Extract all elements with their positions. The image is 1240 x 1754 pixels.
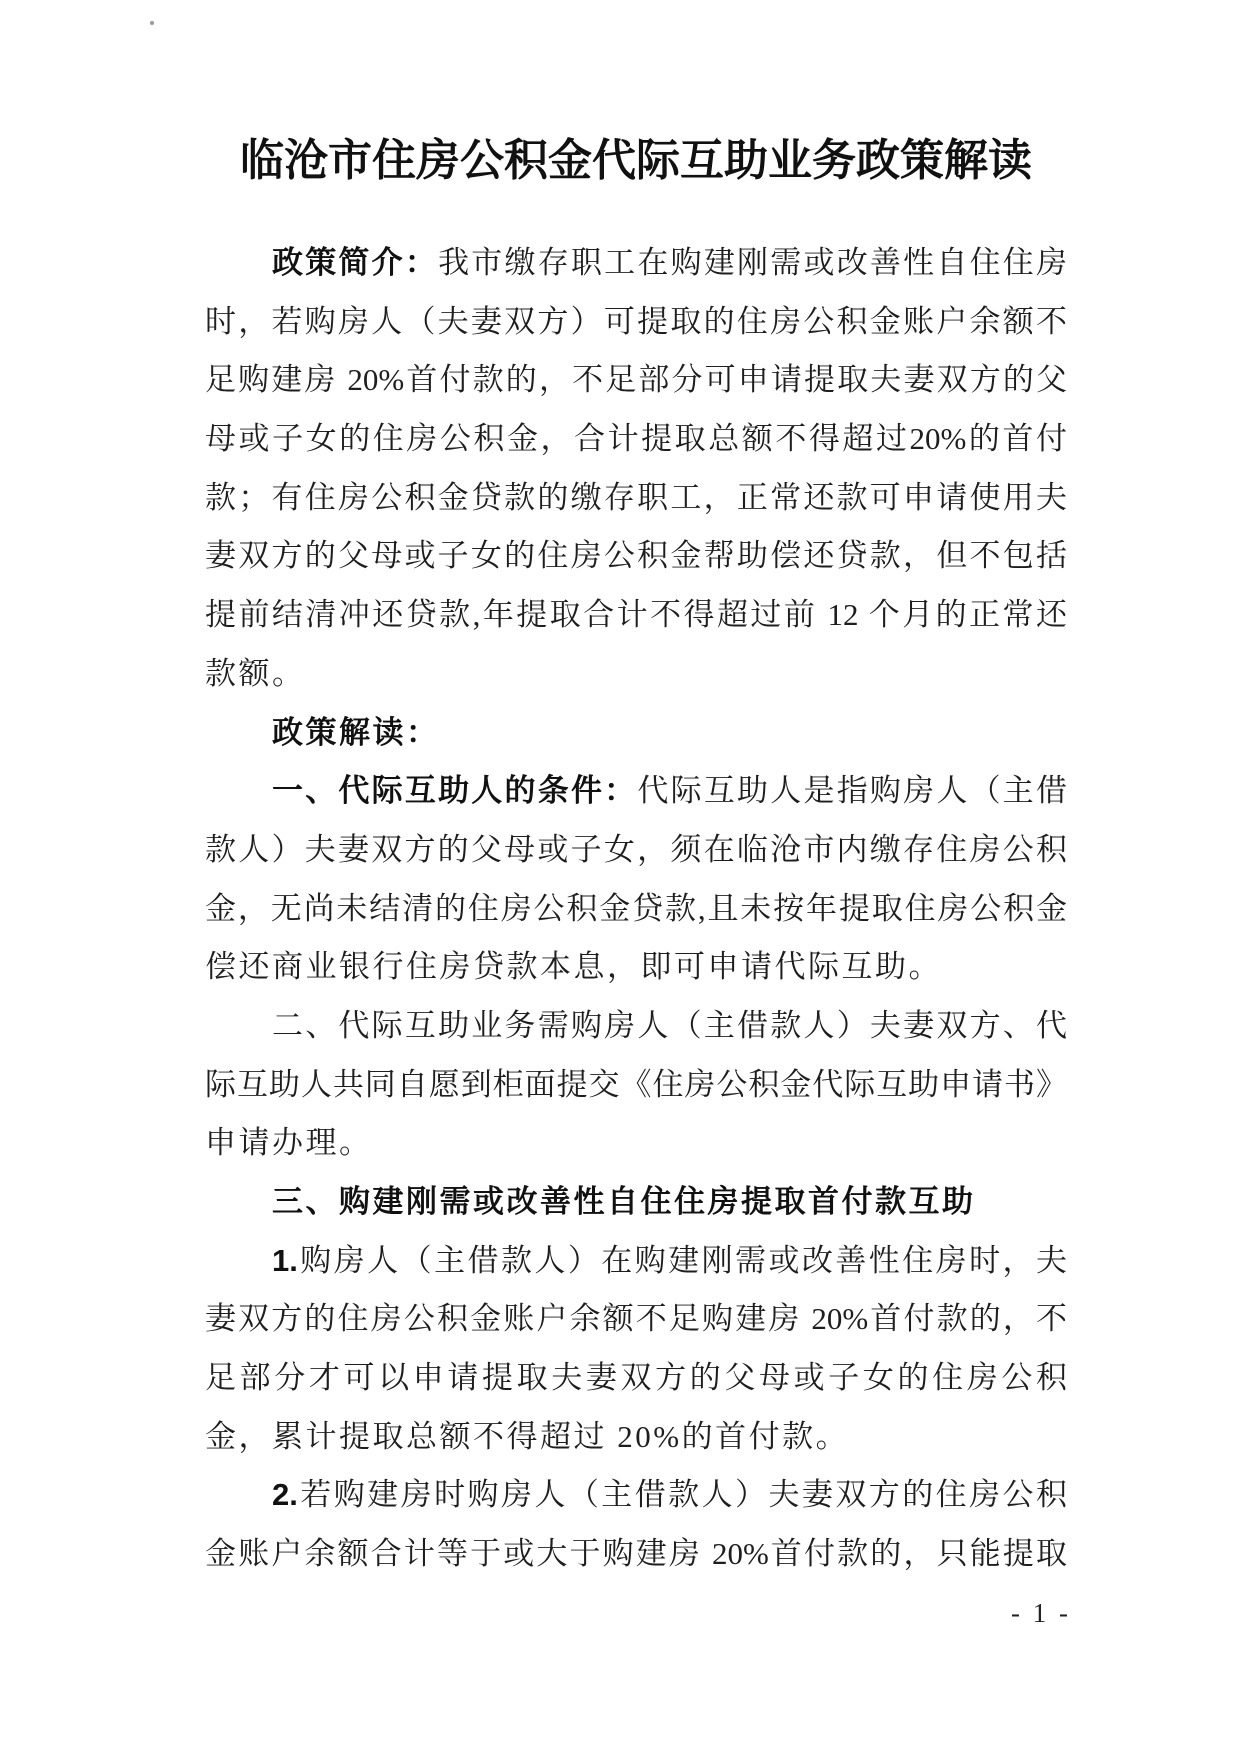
text-line: 提前结清冲还贷款,年提取合计不得超过前 12 个月的正常还 (205, 586, 1067, 645)
text-segment: 申请办理。 (205, 1125, 373, 1160)
bold-text-segment: 1. (272, 1243, 298, 1278)
page-number: - 1 - (205, 1598, 1071, 1629)
text-line: 时，若购房人（夫妻双方）可提取的住房公积金账户余额不 (205, 293, 1067, 352)
text-segment: 款；有住房公积金贷款的缴存职工，正常还款可申请使用夫 (205, 480, 1067, 515)
document-page: 临沧市住房公积金代际互助业务政策解读 政策简介：我市缴存职工在购建刚需或改善性自… (0, 0, 1240, 1754)
paragraph-item-3-heading: 三、购建刚需或改善性自住住房提取首付款互助 (205, 1173, 1067, 1232)
text-line: 金，无尚未结清的住房公积金贷款,且未按年提取住房公积金 (205, 880, 1067, 939)
paragraph-item-2-application: 二、代际互助业务需购房人（主借款人）夫妻双方、代际互助人共同自愿到柜面提交《住房… (205, 997, 1067, 1173)
paragraph-item-3-sub2: 2.若购建房时购房人（主借款人）夫妻双方的住房公积金账户余额合计等于或大于购建房… (205, 1466, 1067, 1583)
scan-speck (150, 21, 154, 25)
document-body: 政策简介：我市缴存职工在购建刚需或改善性自住住房时，若购房人（夫妻双方）可提取的… (205, 234, 1067, 1584)
text-line: 申请办理。 (205, 1114, 1067, 1173)
text-line: 足部分才可以申请提取夫妻双方的父母或子女的住房公积 (205, 1349, 1067, 1408)
document-title: 临沧市住房公积金代际互助业务政策解读 (205, 128, 1067, 194)
text-segment: 足部分才可以申请提取夫妻双方的父母或子女的住房公积 (205, 1360, 1067, 1395)
text-segment: 提前结清冲还贷款,年提取合计不得超过前 12 个月的正常还 (205, 597, 1067, 632)
bold-text-segment: 政策解读： (272, 715, 440, 750)
bold-text-segment: 一、代际互助人的条件： (272, 773, 637, 808)
text-segment: 款人）夫妻双方的父母或子女，须在临沧市内缴存住房公积 (205, 832, 1067, 867)
text-line: 金，累计提取总额不得超过 20%的首付款。 (205, 1408, 1067, 1467)
bold-text-segment: 三、购建刚需或改善性自住住房提取首付款互助 (272, 1184, 976, 1219)
text-line: 款人）夫妻双方的父母或子女，须在临沧市内缴存住房公积 (205, 821, 1067, 880)
paragraph-item-1-conditions: 一、代际互助人的条件：代际互助人是指购房人（主借款人）夫妻双方的父母或子女，须在… (205, 762, 1067, 997)
text-line: 政策解读： (205, 704, 1067, 763)
text-line: 款额。 (205, 645, 1067, 704)
text-segment: 金，累计提取总额不得超过 20%的首付款。 (205, 1419, 849, 1454)
text-line: 政策简介：我市缴存职工在购建刚需或改善性自住住房 (205, 234, 1067, 293)
text-line: 三、购建刚需或改善性自住住房提取首付款互助 (205, 1173, 1067, 1232)
text-segment: 我市缴存职工在购建刚需或改善性自住住房 (438, 245, 1067, 280)
text-line: 金账户余额合计等于或大于购建房 20%首付款的，只能提取 (205, 1525, 1067, 1584)
text-line: 一、代际互助人的条件：代际互助人是指购房人（主借 (205, 762, 1067, 821)
bold-text-segment: 2. (272, 1477, 298, 1512)
text-segment: 妻双方的住房公积金账户余额不足购建房 20%首付款的，不 (205, 1301, 1067, 1336)
text-line: 母或子女的住房公积金，合计提取总额不得超过20%的首付 (205, 410, 1067, 469)
text-segment: 时，若购房人（夫妻双方）可提取的住房公积金账户余额不 (205, 304, 1067, 339)
text-segment: 母或子女的住房公积金，合计提取总额不得超过20%的首付 (205, 421, 1067, 456)
text-line: 二、代际互助业务需购房人（主借款人）夫妻双方、代 (205, 997, 1067, 1056)
text-segment: 金，无尚未结清的住房公积金贷款,且未按年提取住房公积金 (205, 891, 1067, 926)
paragraph-policy-intro: 政策简介：我市缴存职工在购建刚需或改善性自住住房时，若购房人（夫妻双方）可提取的… (205, 234, 1067, 704)
text-line: 际互助人共同自愿到柜面提交《住房公积金代际互助申请书》 (205, 1056, 1067, 1115)
text-line: 偿还商业银行住房贷款本息，即可申请代际互助。 (205, 938, 1067, 997)
text-segment: 足购建房 20%首付款的，不足部分可申请提取夫妻双方的父 (205, 362, 1067, 397)
text-segment: 若购建房时购房人（主借款人）夫妻双方的住房公积 (298, 1477, 1067, 1512)
text-segment: 金账户余额合计等于或大于购建房 20%首付款的，只能提取 (205, 1536, 1067, 1571)
text-segment: 款额。 (205, 656, 306, 691)
text-segment: 购房人（主借款人）在购建刚需或改善性住房时，夫 (298, 1243, 1067, 1278)
text-line: 款；有住房公积金贷款的缴存职工，正常还款可申请使用夫 (205, 469, 1067, 528)
text-segment: 际互助人共同自愿到柜面提交《住房公积金代际互助申请书》 (205, 1067, 1067, 1102)
text-line: 2.若购建房时购房人（主借款人）夫妻双方的住房公积 (205, 1466, 1067, 1525)
text-line: 足购建房 20%首付款的，不足部分可申请提取夫妻双方的父 (205, 351, 1067, 410)
paragraph-item-3-sub1: 1.购房人（主借款人）在购建刚需或改善性住房时，夫妻双方的住房公积金账户余额不足… (205, 1232, 1067, 1467)
text-segment: 代际互助人是指购房人（主借 (637, 773, 1067, 808)
text-segment: 妻双方的父母或子女的住房公积金帮助偿还贷款，但不包括 (205, 538, 1067, 573)
text-line: 妻双方的父母或子女的住房公积金帮助偿还贷款，但不包括 (205, 527, 1067, 586)
text-line: 妻双方的住房公积金账户余额不足购建房 20%首付款的，不 (205, 1290, 1067, 1349)
paragraph-policy-interpretation-heading: 政策解读： (205, 704, 1067, 763)
bold-text-segment: 政策简介： (272, 245, 438, 280)
text-line: 1.购房人（主借款人）在购建刚需或改善性住房时，夫 (205, 1232, 1067, 1291)
text-segment: 二、代际互助业务需购房人（主借款人）夫妻双方、代 (272, 1008, 1067, 1043)
text-segment: 偿还商业银行住房贷款本息，即可申请代际互助。 (205, 949, 942, 984)
